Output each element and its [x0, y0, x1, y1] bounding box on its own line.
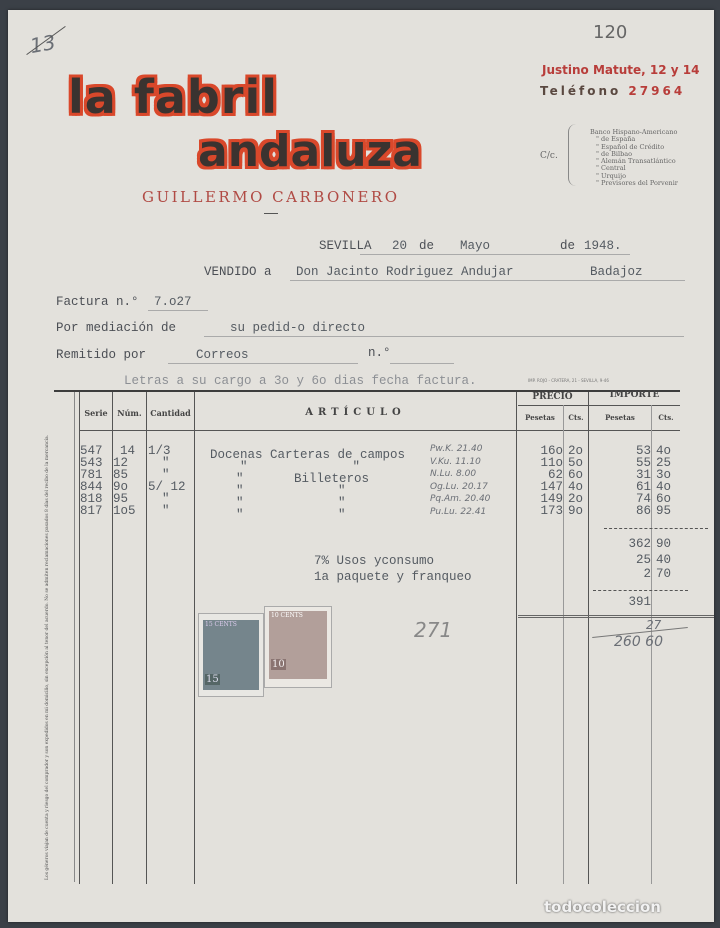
- logo-line1: la fabril: [68, 72, 278, 122]
- weight-note: Pu.Lu. 22.41: [430, 506, 490, 519]
- mediation-underline: [204, 336, 684, 337]
- owner-name: GUILLERMO CARBONERO: [142, 188, 400, 206]
- row-cantidad: ": [162, 504, 170, 518]
- shipped-value: Correos: [196, 348, 249, 362]
- shipped-no-label: n.°: [368, 346, 391, 360]
- mediation-value: su pedid-o directo: [230, 321, 365, 335]
- tax-line: 7% Usos yconsumo: [314, 554, 434, 568]
- weight-note: Pw.K. 21.40: [430, 443, 490, 456]
- phone-label: Teléfono: [540, 84, 621, 98]
- shipping-pts: 2: [589, 567, 651, 581]
- stamp-15-value: 15: [205, 674, 220, 685]
- subheader-rule: [518, 405, 680, 406]
- header-cantidad: Cantidad: [147, 408, 194, 418]
- header-precio: PRECIO: [517, 392, 588, 402]
- tax-pts: 25: [589, 553, 651, 567]
- stamp-10: 10 CENTS 10: [264, 606, 332, 688]
- watermark: todocoleccion: [544, 898, 661, 916]
- payment-terms: Letras a su cargo a 3o y 6o dias fecha f…: [124, 374, 477, 388]
- weight-note: Og.Lu. 20.17: [430, 481, 490, 494]
- phone: Teléfono 27964: [540, 84, 685, 98]
- mediation-label: Por mediación de: [56, 321, 176, 335]
- col-divider: [194, 392, 195, 884]
- weight-note: Pq.Am. 20.40: [430, 493, 490, 506]
- owner-underline: [264, 213, 278, 214]
- phone-number: 27964: [628, 84, 685, 98]
- invoice-underline: [148, 310, 208, 311]
- shipped-no-underline: [390, 363, 454, 364]
- handwritten-center: 271: [414, 618, 452, 642]
- weight-note: N.Lu. 8.00: [430, 468, 490, 481]
- row-articulo: Billeteros: [294, 472, 369, 486]
- subtotal-rule: [604, 528, 708, 529]
- stamp-10-label: 10 CENTS: [271, 612, 303, 619]
- city: SEVILLA: [319, 239, 372, 253]
- date-de1: de: [419, 239, 434, 253]
- row-num: 1o5: [113, 504, 136, 518]
- date-de2: de: [560, 239, 575, 253]
- stamp-10-value: 10: [271, 659, 286, 670]
- weight-note: V.Ku. 11.10: [430, 456, 490, 469]
- row-importe-pts: 86: [589, 504, 651, 518]
- invoice-paper: 13 120 la fabril andaluza GUILLERMO CARB…: [8, 10, 714, 922]
- customer-city: Badajoz: [590, 265, 643, 279]
- invoice-label: Factura n.°: [56, 295, 139, 309]
- bank-item: " Previsores del Porvenir: [590, 180, 678, 187]
- brace: [568, 124, 577, 186]
- header-precio-cts: Cts.: [564, 413, 588, 422]
- printer-credit: IMP. ROJO - CRATERA, 21 - SEVILLA, 9-46: [528, 378, 609, 383]
- customer-name: Don Jacinto Rodriguez Andujar: [296, 265, 514, 279]
- header-rule: [194, 430, 680, 431]
- header-num: Núm.: [113, 408, 146, 418]
- stamp-15: 15 CENTS 15: [198, 613, 264, 697]
- handwritten-weights: Pw.K. 21.40 V.Ku. 11.10 N.Lu. 8.00 Og.Lu…: [430, 443, 490, 518]
- col-divider: [146, 392, 147, 884]
- ditto-mark: ": [236, 508, 244, 522]
- shipping-line: 1a paquete y franqueo: [314, 570, 472, 584]
- stamp-15-label: 15 CENTS: [205, 621, 237, 628]
- header-importe-pesetas: Pesetas: [589, 413, 651, 422]
- handwritten-calc-bottom: 260 60: [614, 634, 663, 650]
- month: Mayo: [460, 239, 490, 253]
- total-rule: [593, 590, 688, 591]
- side-note: Los géneros viajan de cuenta y riesgo de…: [44, 400, 52, 880]
- margin-rule: [74, 392, 75, 882]
- shipped-label: Remitido por: [56, 348, 146, 362]
- header-importe: IMPORTE: [589, 390, 680, 400]
- header-importe-cts: Cts.: [652, 413, 680, 422]
- subtotal-cts: 90: [656, 537, 671, 551]
- top-right-number: 120: [593, 22, 627, 43]
- col-divider: [563, 405, 564, 884]
- bank-list: Banco Hispano-Americano " de España " Es…: [590, 129, 678, 187]
- header-serie: Serie: [80, 408, 112, 418]
- sold-label: VENDIDO a: [204, 265, 272, 279]
- shipping-cts: 70: [656, 567, 671, 581]
- subtotal-pts: 362: [589, 537, 651, 551]
- year: 1948.: [584, 239, 622, 253]
- day: 20: [392, 239, 407, 253]
- invoice-number: 7.o27: [154, 295, 192, 309]
- logo-line2: andaluza: [198, 130, 422, 174]
- row-serie: 817: [80, 504, 103, 518]
- row-articulo: ": [338, 508, 346, 522]
- grand-total-rule: [518, 615, 714, 618]
- date-underline: [360, 254, 630, 255]
- row-precio-pts: 173: [517, 504, 563, 518]
- header-precio-pesetas: Pesetas: [517, 413, 563, 422]
- row-importe-cts: 95: [656, 504, 671, 518]
- header-rule-left: [80, 430, 194, 431]
- shipped-underline: [168, 363, 358, 364]
- row-precio-cts: 9o: [568, 504, 583, 518]
- cc-label: C/c.: [540, 151, 558, 161]
- sold-underline: [290, 280, 685, 281]
- address: Justino Matute, 12 y 14: [542, 63, 699, 77]
- tax-cts: 40: [656, 553, 671, 567]
- grand-total: 391: [589, 595, 651, 609]
- header-articulo: ARTÍCULO: [195, 407, 516, 418]
